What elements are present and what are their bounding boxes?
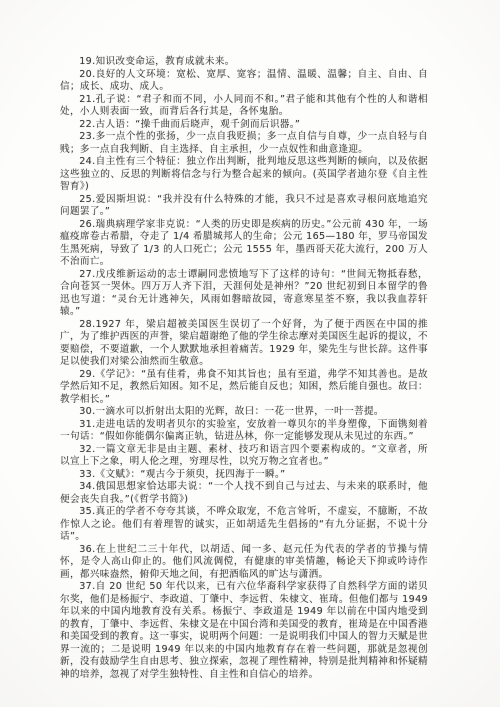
document-paragraph-36: 36.在上世纪二三十年代，以胡适、闻一多、赵元任为代表的学者的节操与情怀，是令人… <box>60 544 428 582</box>
document-paragraph-34: 34.俄国思想家恰达耶夫说：“一个人找不到自己与过去、与未来的联系时，他便会丧失… <box>60 481 428 506</box>
document-paragraph-37: 37.自 20 世纪 50 年代以来，已有六位华裔科学家获得了自然科学方面的诺贝… <box>60 581 428 681</box>
document-paragraph-20: 20.良好的人文环境：宽松、宽厚、宽容；温情、温暖、温馨；自主、自由、自信；成长… <box>60 69 428 94</box>
document-paragraph-26: 26.瑞典病理学家非克说：“人类的历史即是疾病的历史。”公元前 430 年，一场… <box>60 219 428 269</box>
scanned-document-photo: 19.知识改变命运，教育成就未来。 20.良好的人文环境：宽松、宽厚、宽容；温情… <box>0 0 500 707</box>
document-text-block: 19.知识改变命运，教育成就未来。 20.良好的人文环境：宽松、宽厚、宽容；温情… <box>60 56 428 681</box>
document-paragraph-28: 28.1927 年，梁启超被美国医生误切了一个好肾，为了便于西医在中国的推广，为… <box>60 319 428 369</box>
document-paragraph-19: 19.知识改变命运，教育成就未来。 <box>60 56 428 69</box>
document-paragraph-35: 35.真正的学者不夸夸其谈，不哗众取宠，不危言耸听，不虚妄，不臆断，不故作惊人之… <box>60 506 428 544</box>
document-paragraph-22: 22.古人语：“操千曲而后晓声，观千剑而后识器。” <box>60 119 428 132</box>
document-paragraph-33: 33.《文赋》：“观古今于须臾，抚四海于一瞬。” <box>60 469 428 482</box>
document-paragraph-21: 21.孔子说：“君子和而不同，小人同而不和。”君子能和其他有个性的人和谐相处，小… <box>60 94 428 119</box>
document-page: 19.知识改变命运，教育成就未来。 20.良好的人文环境：宽松、宽厚、宽容；温情… <box>0 0 500 707</box>
document-paragraph-30: 30.一滴水可以折射出太阳的光辉，故曰：一花一世界，一叶一菩提。 <box>60 406 428 419</box>
document-paragraph-24: 24.自主性有三个特征：独立作出判断，批判地反思这些判断的倾向，以及依据这些独立… <box>60 156 428 194</box>
document-paragraph-25: 25.爱因斯坦说：“我并没有什么特殊的才能，我只不过是喜欢寻根问底地追究问题罢了… <box>60 194 428 219</box>
document-paragraph-23: 23.多一点个性的张扬，少一点自我贬损；多一点自信与自尊，少一点自轻与自贱；多一… <box>60 131 428 156</box>
document-paragraph-29: 29.《学记》：“虽有佳肴，弗食不知其旨也；虽有至道，弗学不知其善也。是故学然后… <box>60 369 428 407</box>
document-paragraph-27: 27.戊戌维新运动的志士谭嗣同悲愤地写下了这样的诗句：“世间无物抵春愁，合向苍冥… <box>60 269 428 319</box>
document-paragraph-32: 32.一篇文章无非是由主题、素材、技巧和语言四个要素构成的。“文章者，所以宣上下… <box>60 444 428 469</box>
document-paragraph-31: 31.走进电话的发明者贝尔的实验室，安放着一尊贝尔的半身塑像，下面镌刻着一句话：… <box>60 419 428 444</box>
